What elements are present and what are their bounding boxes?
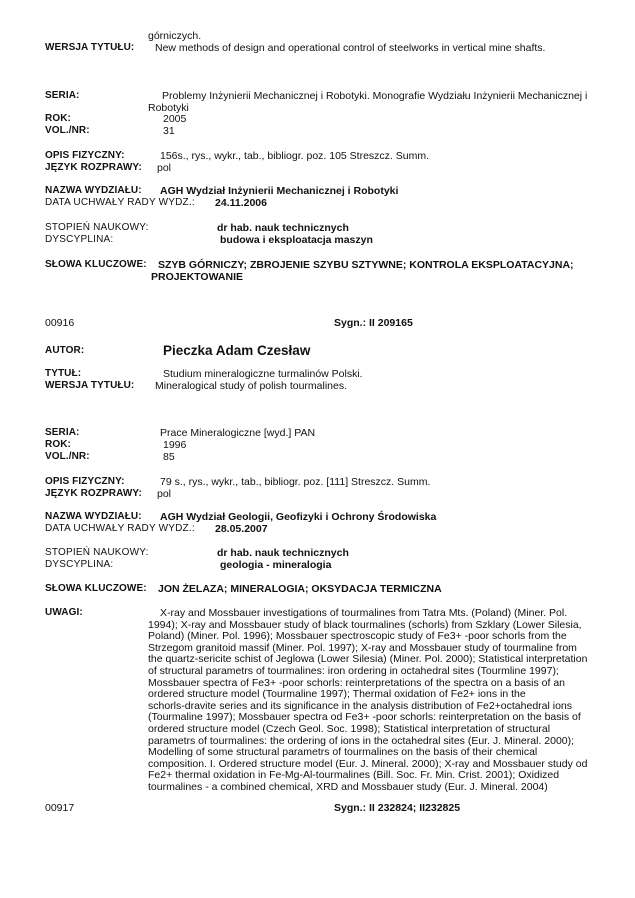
- notes-line: Poland) (Miner. Pol. 1996); Mossbauer sp…: [148, 630, 567, 642]
- year-label: ROK:: [45, 439, 71, 451]
- notes-line: ordered structure model (Tourmaline 1997…: [148, 688, 526, 700]
- title-value: Studium mineralogiczne turmalinów Polski…: [163, 368, 363, 380]
- keywords-value-cont: PROJEKTOWANIE: [151, 271, 243, 283]
- title-continuation: górniczych.: [148, 30, 201, 42]
- discipline-label: DYSCYPLINA:: [45, 559, 113, 571]
- degree-label: STOPIEŃ NAUKOWY:: [45, 222, 149, 234]
- language-label: JĘZYK ROZPRAWY:: [45, 162, 142, 174]
- notes-line: parametrs of tourmalines: the ordering o…: [148, 735, 574, 747]
- degree-value: dr hab. nauk technicznych: [217, 547, 349, 559]
- notes-line: schorls-dravite series and its significa…: [148, 700, 572, 712]
- notes-line: the quartz-sericite schist of Jeglowa (L…: [148, 653, 587, 665]
- notes-label: UWAGI:: [45, 607, 83, 619]
- record-number: 00916: [45, 317, 74, 329]
- title-version-value: Mineralogical study of polish tourmaline…: [155, 380, 347, 392]
- physical-value: 156s., rys., wykr., tab., bibliogr. poz.…: [160, 150, 429, 162]
- faculty-label: NAZWA WYDZIAŁU:: [45, 511, 142, 523]
- notes-line: Modelling of some structural parametrs o…: [148, 746, 537, 758]
- title-version-label: WERSJA TYTUŁU:: [45, 380, 134, 392]
- author-label: AUTOR:: [45, 345, 84, 357]
- notes-line: X-ray and Mossbauer investigations of to…: [160, 607, 567, 619]
- notes-line: ordered structure model (Czech Geol. Soc…: [148, 723, 550, 735]
- notes-line: composition. I. Ordered structure model …: [148, 758, 587, 770]
- physical-label: OPIS FIZYCZNY:: [45, 476, 125, 488]
- faculty-value: AGH Wydział Inżynierii Mechanicznej i Ro…: [160, 185, 398, 197]
- year-label: ROK:: [45, 113, 71, 125]
- notes-line: tourmalines - a combined chemical, XRD a…: [148, 781, 548, 793]
- vol-value: 85: [163, 451, 175, 463]
- notes-line: Fe2+ thermal oxidation in Fe-Mg-Al-tourm…: [148, 769, 559, 781]
- notes-line: (Tourmaline 1997); Mossbauer spectra od …: [148, 711, 581, 723]
- notes-line: Strzegom granitoid massif (Miner. Pol. 1…: [148, 642, 577, 654]
- keywords-label: SŁOWA KLUCZOWE:: [45, 583, 147, 595]
- physical-value: 79 s., rys., wykr., tab., bibliogr. poz.…: [160, 476, 430, 488]
- title-label: TYTUŁ:: [45, 368, 81, 380]
- record-signature: Sygn.: II 209165: [334, 317, 413, 329]
- vol-label: VOL./NR:: [45, 125, 90, 137]
- author-name: Pieczka Adam Czesław: [163, 343, 310, 358]
- record-number: 00917: [45, 802, 74, 814]
- date-value: 24.11.2006: [215, 197, 267, 209]
- language-value: pol: [157, 162, 171, 174]
- title-version-label: WERSJA TYTUŁU:: [45, 42, 134, 54]
- vol-label: VOL./NR:: [45, 451, 90, 463]
- degree-value: dr hab. nauk technicznych: [217, 222, 349, 234]
- language-value: pol: [157, 488, 171, 500]
- keywords-label: SŁOWA KLUCZOWE:: [45, 259, 147, 271]
- keywords-value: SZYB GÓRNICZY; ZBROJENIE SZYBU SZTYWNE; …: [158, 259, 574, 271]
- keywords-value: JON ŻELAZA; MINERALOGIA; OKSYDACJA TERMI…: [158, 583, 442, 595]
- year-value: 2005: [163, 113, 186, 125]
- discipline-label: DYSCYPLINA:: [45, 234, 113, 246]
- date-label: DATA UCHWAŁY RADY WYDZ.:: [45, 523, 195, 535]
- series-label: SERIA:: [45, 90, 80, 102]
- discipline-value: budowa i eksploatacja maszyn: [220, 234, 373, 246]
- physical-label: OPIS FIZYCZNY:: [45, 150, 125, 162]
- faculty-value: AGH Wydział Geologii, Geofizyki i Ochron…: [160, 511, 436, 523]
- faculty-label: NAZWA WYDZIAŁU:: [45, 185, 142, 197]
- date-label: DATA UCHWAŁY RADY WYDZ.:: [45, 197, 195, 209]
- date-value: 28.05.2007: [215, 523, 268, 535]
- vol-value: 31: [163, 125, 175, 137]
- notes-line: 1994); X-ray and Mossbauer study of blac…: [148, 619, 582, 631]
- series-label: SERIA:: [45, 427, 80, 439]
- year-value: 1996: [163, 439, 186, 451]
- series-value: Problemy Inżynierii Mechanicznej i Robot…: [162, 90, 587, 102]
- degree-label: STOPIEŃ NAUKOWY:: [45, 547, 149, 559]
- notes-line: of structural parametrs of tourmalines: …: [148, 665, 559, 677]
- language-label: JĘZYK ROZPRAWY:: [45, 488, 142, 500]
- notes-line: Mossbauer spectra of Fe3+ -poor schorls:…: [148, 677, 565, 689]
- discipline-value: geologia - mineralogia: [220, 559, 331, 571]
- series-value: Prace Mineralogiczne [wyd.] PAN: [160, 427, 315, 439]
- record-signature: Sygn.: II 232824; II232825: [334, 802, 460, 814]
- title-version-value: New methods of design and operational co…: [155, 42, 545, 54]
